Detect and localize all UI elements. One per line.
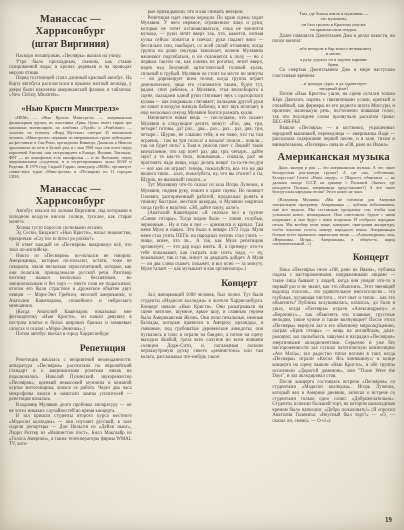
paragraph: Далее появлялся Джентльмен Джо и делал п…	[272, 34, 395, 45]
magazine-page: Манассас — Харрисонбург(штат Виргиния)На…	[0, 0, 404, 530]
section-heading: Концерт	[272, 253, 395, 264]
paragraph: Автобус мчался по холмам Виргинии, над к…	[9, 209, 132, 226]
paragraph: После концерта состоялась встреча «Песня…	[272, 380, 395, 425]
paragraph: В ответ каждый из «Песняров» выкрикнул в…	[9, 243, 132, 254]
paragraph: В зал пришли студенты второго курса мест…	[9, 414, 132, 448]
verse-lines: ...и трижды «ура» и да здравствует звезд…	[272, 81, 395, 92]
column-1: Манассас — Харрисонбург(штат Виргиния)На…	[9, 10, 132, 522]
paragraph: Начинается новая вещь — послушаем, что с…	[141, 116, 264, 183]
paragraph: Потом автобус въехал в город Харрисонбур…	[9, 332, 132, 338]
column-2: рые прикидывали, что и как снимать вечер…	[141, 10, 264, 522]
paragraph: Перед гостиницей стоял длинный красный а…	[9, 76, 132, 98]
article-heading: Манассас — Харрисонбург	[9, 14, 132, 37]
fine-print-paragraph: (Владимир Мулявин: «Мы не готовили для А…	[272, 198, 395, 247]
paragraph: Зал, вмещающий 1000 человек, был полон. …	[141, 293, 264, 360]
paragraph: Никто из «Песняров» по-польски не говори…	[9, 254, 132, 310]
paragraph: Владимир Мулявин долго пробовал аппарату…	[9, 403, 132, 414]
group-name-heading: «Нью Кристи Минстрелз»	[9, 104, 132, 114]
section-heading: Репетиция	[9, 344, 132, 355]
verse-lines: ...ибо вечером в бар вошел незнакомец в …	[272, 46, 395, 68]
paragraph: Эд Сески, банджист «Нью Кристи», начал з…	[9, 231, 132, 242]
section-heading: Концерт	[141, 279, 264, 290]
paragraph: (Анатолий Кашепаров: «Я сначала пел в гр…	[141, 211, 264, 273]
paragraph: Тут Мулявину что-то сказал из зала Игорь…	[141, 183, 264, 211]
paragraph: Репетиция началась с неприятной неожидан…	[9, 358, 132, 403]
fine-print-paragraph: Джаз, кантри и рок — это американская му…	[272, 166, 395, 195]
paragraph: Наскоро позавтракав, «Песняры» вышли на …	[9, 54, 132, 60]
paragraph: Пока «Песняры» пели «Ой, рано на Ивана»,…	[272, 268, 395, 380]
verse-lines: Там, где божья земля и мужчины — это муж…	[272, 11, 395, 33]
paragraph: Со смертью Джентльмена Джо в мире наступ…	[272, 68, 395, 79]
article-heading: Американская музыка	[272, 152, 395, 164]
article-heading: Манассас — Харрисонбург	[9, 184, 132, 207]
column-3: Там, где божья земля и мужчины — это муж…	[272, 10, 395, 522]
paragraph: Вышли «Песняры» — в костюмах, украшенных…	[272, 126, 395, 148]
article-subheading: (штат Виргиния)	[9, 39, 132, 50]
paragraph: Репетиция идет своим чередом. По краю сц…	[141, 16, 264, 117]
paragraph: (Когда Анатолий Кашепаров показывал мне …	[9, 310, 132, 332]
paragraph: Утро было прохладным, свежим, как стакан…	[9, 60, 132, 77]
fine-print-paragraph: «НКМ» — «Нью Кристи Минстрелз» — америка…	[9, 116, 132, 180]
paragraph: Потом «Нью Кристи» ушли, на сцене осталс…	[272, 92, 395, 126]
page-number: 19	[385, 516, 392, 524]
